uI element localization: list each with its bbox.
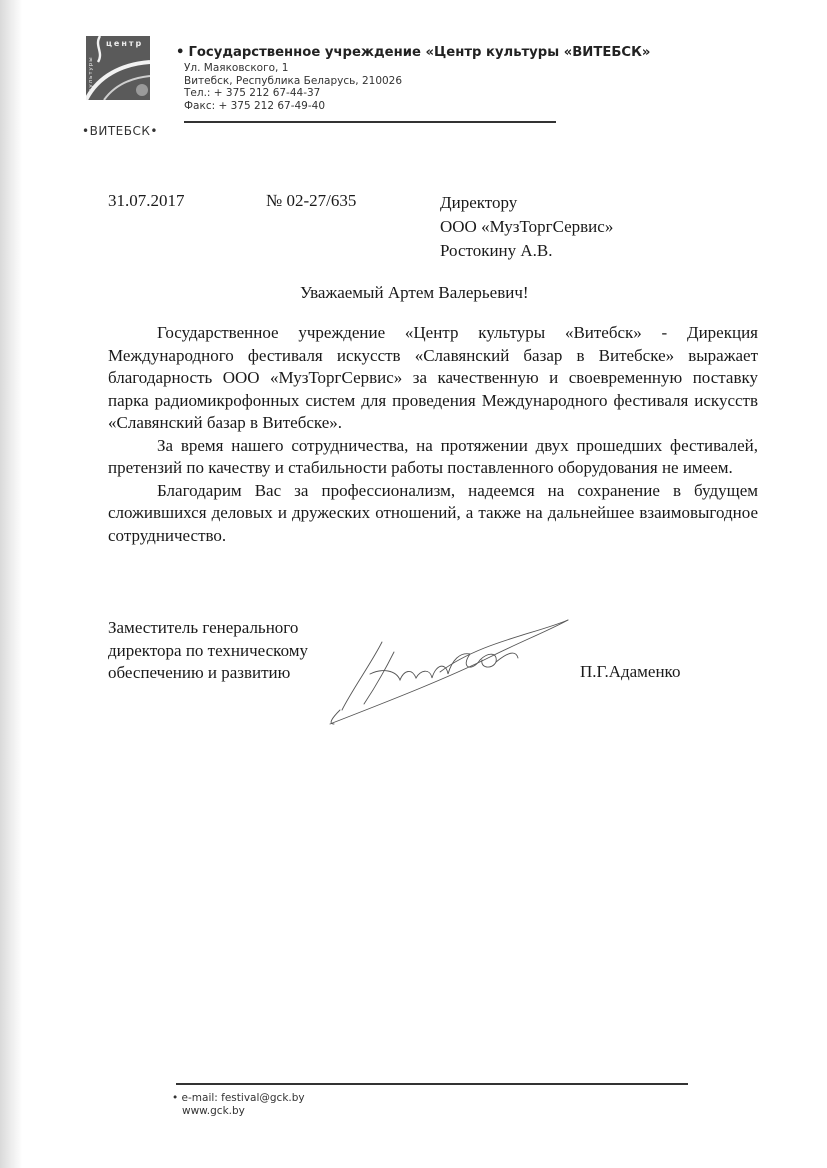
addressee-company: ООО «МузТоргСервис» (440, 215, 613, 239)
bullet-icon: • (172, 1092, 182, 1104)
organization-name-text: Государственное учреждение «Центр культу… (188, 45, 650, 60)
header-divider (184, 121, 556, 123)
organization-logo: центр культуры •ВИТЕБСК• (74, 36, 164, 140)
letter-number: № 02-27/635 (266, 191, 356, 211)
signatory-title-line: Заместитель генерального (108, 617, 308, 640)
signatory-title-line: обеспечению и развитию (108, 662, 308, 685)
signatory-title-line: директора по техническому (108, 640, 308, 663)
addressee-position: Директору (440, 191, 613, 215)
phone-number: Тел.: + 375 212 67-44-37 (184, 87, 650, 100)
svg-text:центр: центр (106, 39, 143, 48)
bullet-icon: • (176, 45, 184, 60)
organization-name: •Государственное учреждение «Центр культ… (176, 45, 650, 60)
footer-email: e-mail: festival@gck.by (182, 1092, 305, 1104)
footer-website: www.gck.by (182, 1105, 305, 1118)
footer-contacts: • e-mail: festival@gck.by www.gck.by (172, 1092, 305, 1117)
body-paragraph: Государственное учреждение «Центр культу… (108, 322, 758, 435)
signatory-name: П.Г.Адаменко (580, 662, 680, 682)
address-street: Ул. Маяковского, 1 (184, 62, 650, 75)
body-paragraph: За время нашего сотрудничества, на протя… (108, 435, 758, 480)
body-paragraph: Благодарим Вас за профессионализм, надее… (108, 480, 758, 548)
logo-emblem: центр культуры (86, 36, 150, 100)
footer-divider (176, 1083, 688, 1085)
letter-body: Государственное учреждение «Центр культу… (108, 322, 758, 547)
svg-text:культуры: культуры (88, 56, 94, 92)
letter-date: 31.07.2017 (108, 191, 185, 211)
signatory-title: Заместитель генерального директора по те… (108, 617, 308, 685)
addressee-block: Директору ООО «МузТоргСервис» Ростокину … (440, 191, 613, 263)
letterhead-details: •Государственное учреждение «Центр культ… (176, 45, 650, 112)
logo-caption: •ВИТЕБСК• (74, 124, 166, 138)
address-city: Витебск, Республика Беларусь, 210026 (184, 75, 650, 88)
handwritten-signature (320, 612, 580, 732)
addressee-name: Ростокину А.В. (440, 239, 613, 263)
scan-shadow-edge (0, 0, 22, 1168)
salutation: Уважаемый Артем Валерьевич! (300, 283, 529, 303)
fax-number: Факс: + 375 212 67-49-40 (184, 100, 650, 113)
